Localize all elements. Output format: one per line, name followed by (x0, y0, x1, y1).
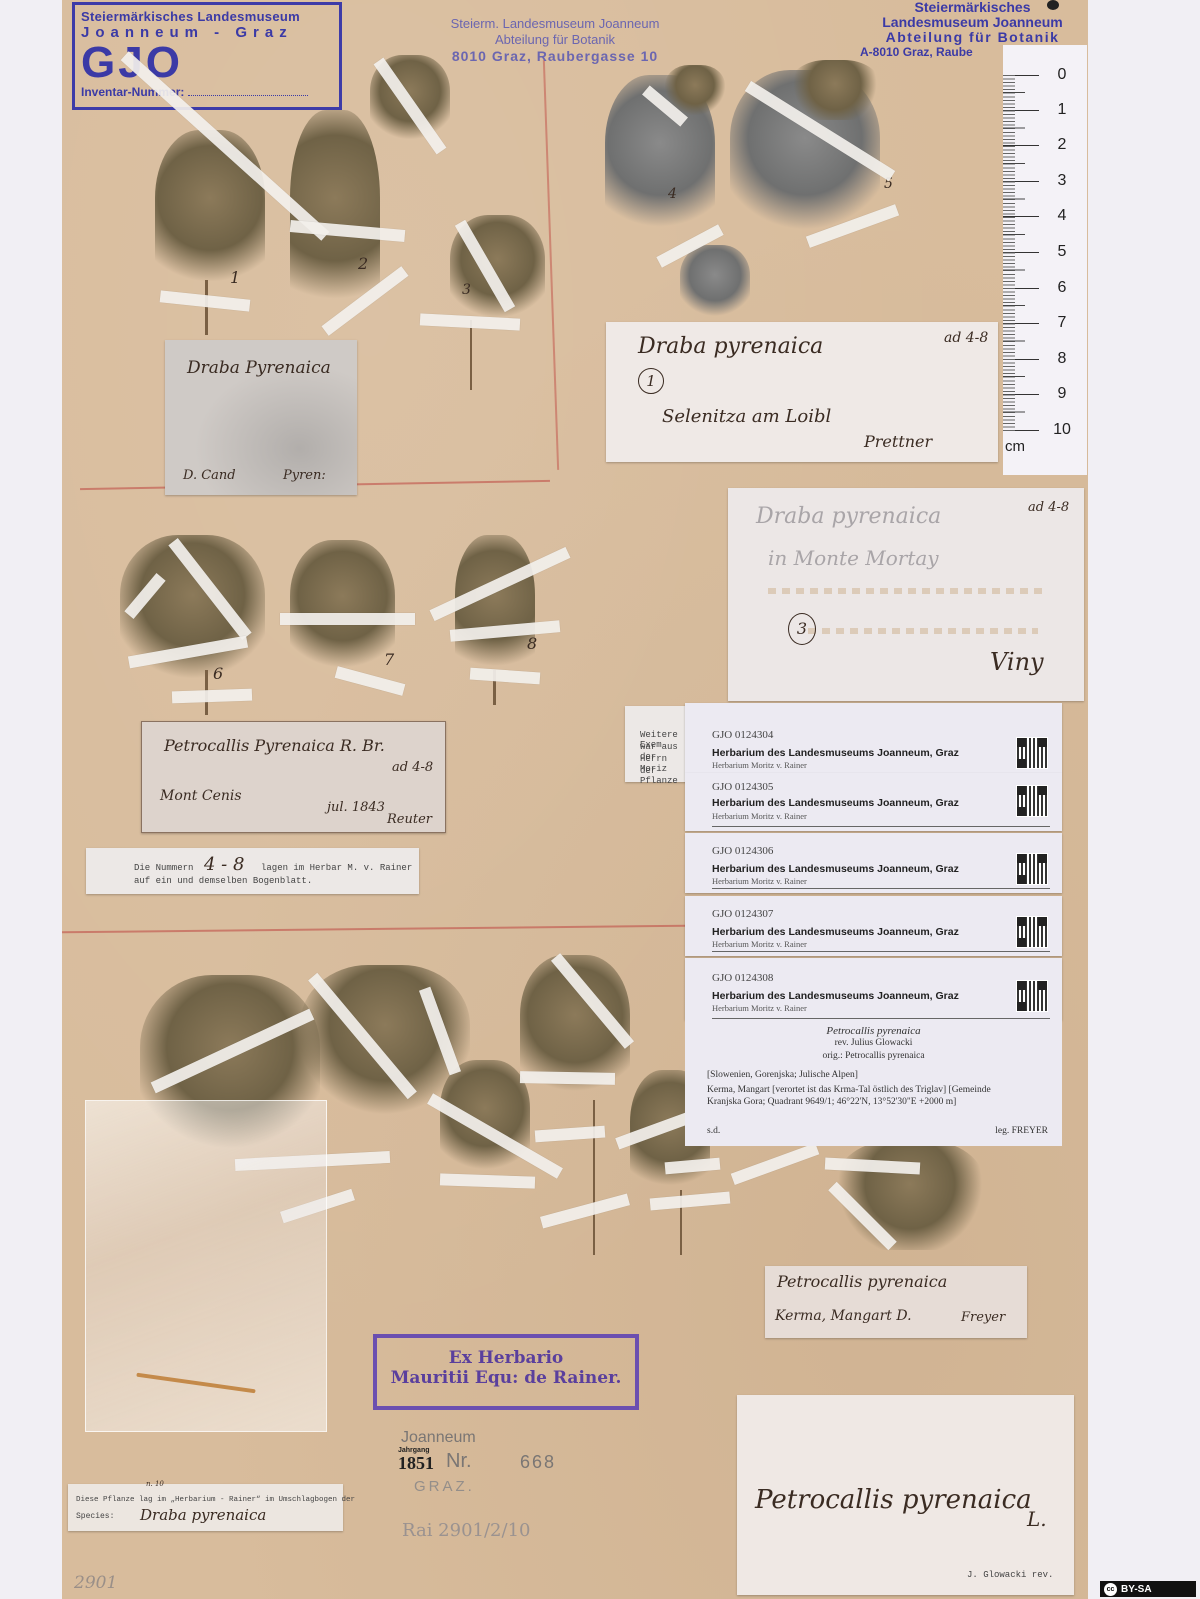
locality: Kranjska Gora; Quadrant 9649/1; 46°22'N,… (707, 1097, 956, 1107)
label-collector: Freyer (961, 1310, 1005, 1325)
plant-stem (593, 1100, 595, 1255)
barcode-label: GJO 0124304 Herbarium des Landesmuseums … (685, 703, 1062, 773)
ruler-mark: 8 (1047, 350, 1077, 368)
ruler-mark: 0 (1047, 66, 1077, 84)
pencil-note: 2901 (74, 1573, 117, 1593)
plant-specimen-8 (455, 535, 535, 685)
divider (712, 1018, 1050, 1019)
plant-specimen-5-tip (790, 60, 880, 120)
mounting-strip (280, 613, 415, 625)
collection-name: Herbarium Moritz v. Rainer (712, 1003, 807, 1013)
specimen-number: 4 (668, 186, 677, 202)
plant-specimen-bottom (440, 1060, 530, 1180)
stamp-code: GJO (81, 41, 333, 85)
label-draba-pyrenaica-1: Draba pyrenaica ad 4-8 1 Selenitza am Lo… (606, 322, 998, 462)
ruler-mark: 6 (1047, 279, 1077, 297)
bleed-through-text (768, 588, 1048, 594)
plant-specimen-4-base (680, 245, 750, 320)
label-locality: Kerma, Mangart D. (775, 1308, 912, 1324)
ruler-mark: 2 (1047, 136, 1077, 154)
ruler-mark: 10 (1047, 421, 1077, 439)
qr-code-icon (1016, 916, 1048, 948)
plant-root (470, 320, 472, 390)
slip-prefix: Die Nummern (134, 863, 193, 873)
label-title: Petrocallis pyrenaica (755, 1485, 1032, 1515)
collection-date: s.d. (707, 1126, 720, 1136)
label-title: Draba pyrenaica (756, 504, 941, 529)
collection-name: Herbarium Moritz v. Rainer (712, 939, 807, 949)
institution-name: Herbarium des Landesmuseums Joanneum, Gr… (712, 990, 959, 1002)
stamp-line: Mauritii Equ: de Rainer. (377, 1368, 635, 1388)
qr-code-icon (1016, 980, 1048, 1012)
catalog-id: GJO 0124308 (712, 972, 773, 984)
cm-scale-ruler: 0 1 2 3 4 5 6 7 8 9 10 cm (1003, 45, 1087, 475)
collection-name: Herbarium Moritz v. Rainer (712, 811, 807, 821)
stamp-inventory-label: Inventar-Nummer: (81, 85, 333, 99)
slip-species-label: Species: (76, 1512, 114, 1521)
slip-numbers-4-8: Die Nummern 4 - 8 lagen im Herbar M. v. … (86, 848, 419, 894)
specimen-number: 3 (462, 282, 471, 298)
slip-line2: auf ein und demselben Bogenblatt. (134, 876, 312, 886)
license-badge: cc BY-SA (1100, 1581, 1196, 1597)
stamp-line: Steierm. Landesmuseum Joanneum (420, 16, 690, 32)
stamp-line: 8010 Graz, Raubergasse 10 (420, 48, 690, 64)
accession-year: 1851 (398, 1453, 434, 1474)
label-title: Draba pyrenaica (638, 334, 823, 359)
slip-annotation: n. 10 (146, 1480, 164, 1488)
label-number: 3 (788, 613, 816, 645)
label-petrocallis-glowacki: Petrocallis pyrenaica L. J. Glowacki rev… (737, 1395, 1074, 1595)
label-title: Petrocallis Pyrenaica R. Br. (164, 736, 385, 755)
label-date: jul. 1843 (327, 800, 385, 815)
label-locality: in Monte Mortay (768, 546, 939, 570)
stamp-line: Ex Herbario (377, 1348, 635, 1368)
qr-code-icon (1016, 737, 1048, 769)
fragment-root (136, 1373, 255, 1394)
ruler-mark: 1 (1047, 101, 1077, 119)
stamp-line: Steiermärkisches Landesmuseum (81, 9, 333, 24)
stamp-line: Abteilung für Botanik (860, 30, 1085, 45)
plant-stem (205, 280, 208, 335)
stamp-line: Landesmuseum Joanneum (860, 15, 1085, 30)
locality: Kerma, Mangart [verortet ist das Krma-Ta… (707, 1085, 991, 1095)
region: [Slowenien, Gorenjska; Julische Alpen] (707, 1070, 858, 1080)
label-author: L. (1027, 1507, 1047, 1531)
label-origin: D. Cand (183, 468, 236, 483)
label-collector: Viny (990, 648, 1044, 676)
label-title: Petrocallis pyrenaica (777, 1272, 947, 1291)
collection-name: Herbarium Moritz v. Rainer (712, 760, 807, 770)
divider (712, 888, 1050, 889)
specimen-number: 7 (384, 650, 394, 669)
institution-name: Herbarium des Landesmuseums Joanneum, Gr… (712, 797, 959, 809)
label-region: Pyren: (283, 468, 326, 483)
slip-range: 4 - 8 (204, 854, 244, 875)
slip-herbarium-rainer: Diese Pflanze lag im „Herbarium - Rainer… (68, 1484, 343, 1531)
catalog-id: GJO 0124305 (712, 781, 773, 793)
barcode-label: GJO 0124308 Herbarium des Landesmuseums … (685, 958, 1062, 1020)
slip-species-value: Draba pyrenaica (140, 1506, 266, 1524)
ex-herbario-stamp: Ex Herbario Mauritii Equ: de Rainer. (373, 1334, 639, 1410)
ruler-mark: 7 (1047, 314, 1077, 332)
creative-commons-icon: cc (1104, 1583, 1117, 1596)
label-collector: Prettner (864, 432, 932, 451)
accession-number: 668 (520, 1452, 556, 1473)
catalog-id: GJO 0124307 (712, 908, 773, 920)
plant-specimen-1 (155, 130, 265, 300)
qr-code-icon (1016, 785, 1048, 817)
nr-label: Nr. (446, 1450, 472, 1473)
fragment-packet (85, 1100, 327, 1432)
label-draba-pyrenaica-3: Draba pyrenaica ad 4-8 in Monte Mortay 3… (728, 488, 1084, 701)
label-ad: ad 4-8 (1028, 500, 1069, 515)
specimen-number: 1 (230, 268, 240, 287)
museum-stamp-top-center: Steierm. Landesmuseum Joanneum Abteilung… (420, 16, 690, 64)
label-det: J. Glowacki rev. (967, 1570, 1053, 1580)
original-name: orig.: Petrocallis pyrenaica (685, 1051, 1062, 1061)
ruler-half-ticks (1003, 92, 1025, 432)
taxon-name: Petrocallis pyrenaica (685, 1025, 1062, 1037)
ruler-mark: 3 (1047, 172, 1077, 190)
barcode-label: GJO 0124307 Herbarium des Landesmuseums … (685, 896, 1062, 956)
qr-code-icon (1016, 853, 1048, 885)
specimen-number: 6 (213, 664, 223, 683)
ruler-mark: 9 (1047, 385, 1077, 403)
label-locality: Mont Cenis (160, 788, 242, 804)
plant-specimen-bottom (835, 1140, 985, 1250)
institution-name: Herbarium des Landesmuseums Joanneum, Gr… (712, 863, 959, 875)
slip-suffix: lagen im Herbar M. v. Rainer (261, 863, 412, 873)
specimen-number: 2 (358, 254, 368, 273)
label-collector: Reuter (387, 812, 432, 827)
label-petrocallis-kerma: Petrocallis pyrenaica Kerma, Mangart D. … (765, 1266, 1027, 1338)
plant-specimen-7 (290, 540, 395, 680)
label-draba-pyrenaica-small: Draba Pyrenaica D. Cand Pyren: (165, 340, 357, 495)
mounting-strip (520, 1071, 615, 1085)
revision: rev. Julius Glowacki (685, 1038, 1062, 1048)
divider (712, 826, 1050, 827)
divider (712, 951, 1050, 952)
ruler-mark: 5 (1047, 243, 1077, 261)
label-ad: ad 4-8 (944, 330, 988, 346)
label-petrocallis-mont-cenis: Petrocallis Pyrenaica R. Br. ad 4-8 Mont… (141, 721, 446, 833)
ruler-unit: cm (1005, 438, 1025, 455)
museum-stamp-top-left: Steiermärkisches Landesmuseum Joanneum -… (72, 2, 342, 110)
label-number: 1 (638, 368, 664, 394)
bleed-through-text (808, 628, 1038, 634)
determination-label: Petrocallis pyrenaica rev. Julius Glowac… (685, 1018, 1062, 1146)
institution-name: Herbarium des Landesmuseums Joanneum, Gr… (712, 926, 959, 938)
pencil-note: Rai 2901/2/10 (402, 1520, 530, 1541)
collection-name: Herbarium Moritz v. Rainer (712, 876, 807, 886)
catalog-id: GJO 0124304 (712, 729, 773, 741)
label-locality: Selenitza am Loibl (662, 406, 831, 427)
ink-dot (1047, 0, 1059, 10)
catalog-id: GJO 0124306 (712, 845, 773, 857)
collector: leg. FREYER (995, 1126, 1048, 1136)
label-ad: ad 4-8 (392, 760, 433, 775)
specimen-number: 8 (527, 634, 537, 653)
slip-text: Diese Pflanze lag im „Herbarium - Rainer… (76, 1496, 355, 1504)
label-title: Draba Pyrenaica (187, 358, 331, 378)
barcode-label: GJO 0124306 Herbarium des Landesmuseums … (685, 833, 1062, 893)
barcode-label: GJO 0124305 Herbarium des Landesmuseums … (685, 773, 1062, 831)
institution-name: Herbarium des Landesmuseums Joanneum, Gr… (712, 747, 959, 759)
license-text: BY-SA (1121, 1584, 1152, 1595)
joanneum-city: GRAZ. (414, 1478, 475, 1495)
stamp-line: Abteilung für Botanik (420, 32, 690, 48)
joanneum-name: Joanneum (401, 1429, 476, 1447)
ruler-mark: 4 (1047, 207, 1077, 225)
